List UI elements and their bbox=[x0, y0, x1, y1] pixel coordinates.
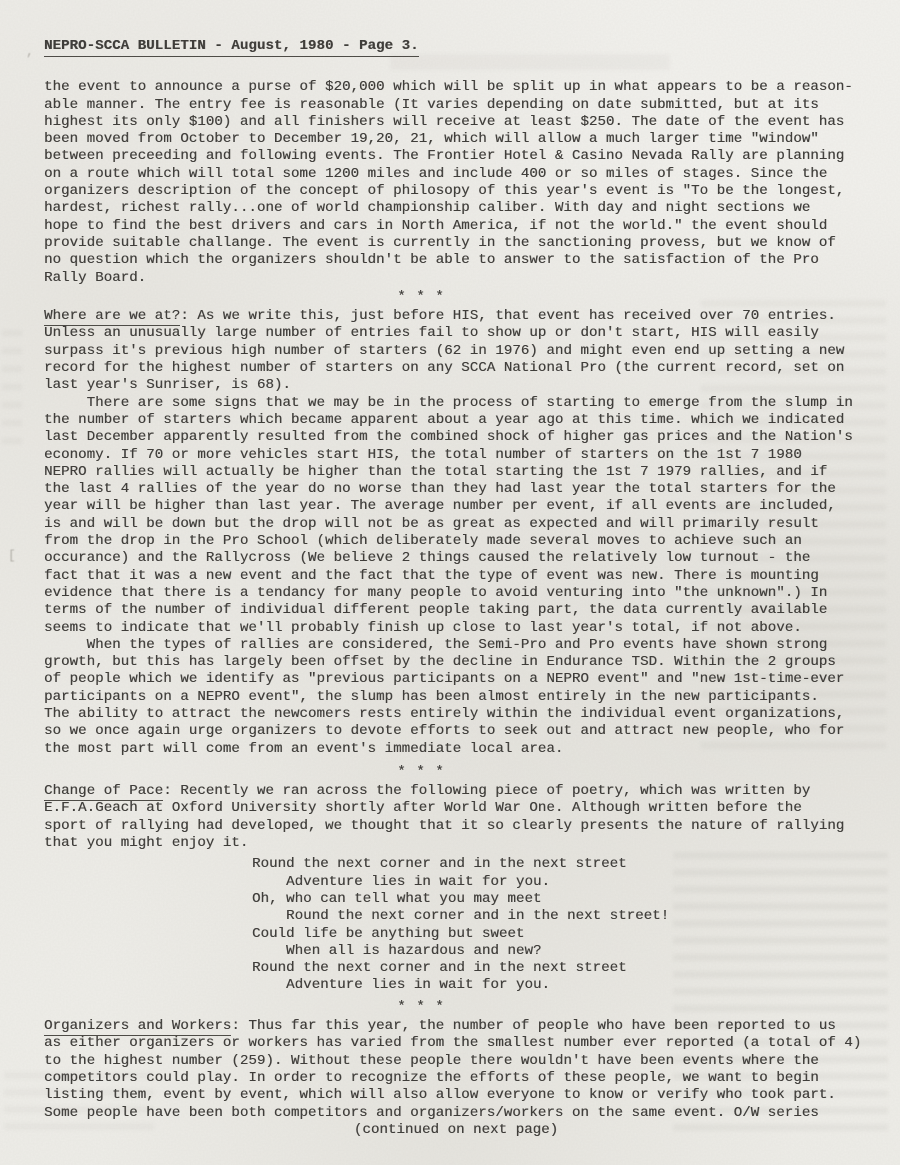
section-separator: * * * bbox=[44, 764, 798, 781]
page-title: NEPRO-SCCA BULLETIN - August, 1980 - Pag… bbox=[44, 38, 419, 57]
continued-note: (continued on next page) bbox=[44, 1122, 868, 1139]
paragraph-rally-types: When the types of rallies are considered… bbox=[44, 637, 878, 758]
section-change-of-pace: Change of Pace: Recently we ran across t… bbox=[44, 783, 878, 852]
scanned-bulletin-page: , [ NEPRO-SCCA BULLETIN - August, 1980 -… bbox=[0, 0, 900, 1165]
section-separator: * * * bbox=[44, 289, 798, 306]
scan-smudge: , bbox=[26, 44, 34, 59]
bleedthrough-ghost-text bbox=[2, 330, 22, 450]
section-heading-change-of-pace: Change of Pace bbox=[44, 783, 163, 801]
section-organizers-and-workers: Organizers and Workers: Thus far this ye… bbox=[44, 1018, 878, 1122]
section-heading-organizers-and-workers: Organizers and Workers bbox=[44, 1018, 231, 1036]
paragraph-starters-trend: There are some signs that we may be in t… bbox=[44, 395, 878, 637]
section-heading-where-are-we-at: Where are we at? bbox=[44, 308, 180, 326]
scan-smudge: [ bbox=[8, 548, 16, 563]
page-content: NEPRO-SCCA BULLETIN - August, 1980 - Pag… bbox=[44, 38, 878, 1139]
section-body-change-of-pace: : Recently we ran across the following p… bbox=[44, 783, 844, 851]
poem-round-the-next-corner: Round the next corner and in the next st… bbox=[252, 856, 878, 994]
paragraph-event-purse: the event to announce a purse of $20,000… bbox=[44, 79, 878, 287]
section-where-are-we-at: Where are we at?: As we write this, just… bbox=[44, 308, 878, 394]
section-separator: * * * bbox=[44, 999, 798, 1016]
